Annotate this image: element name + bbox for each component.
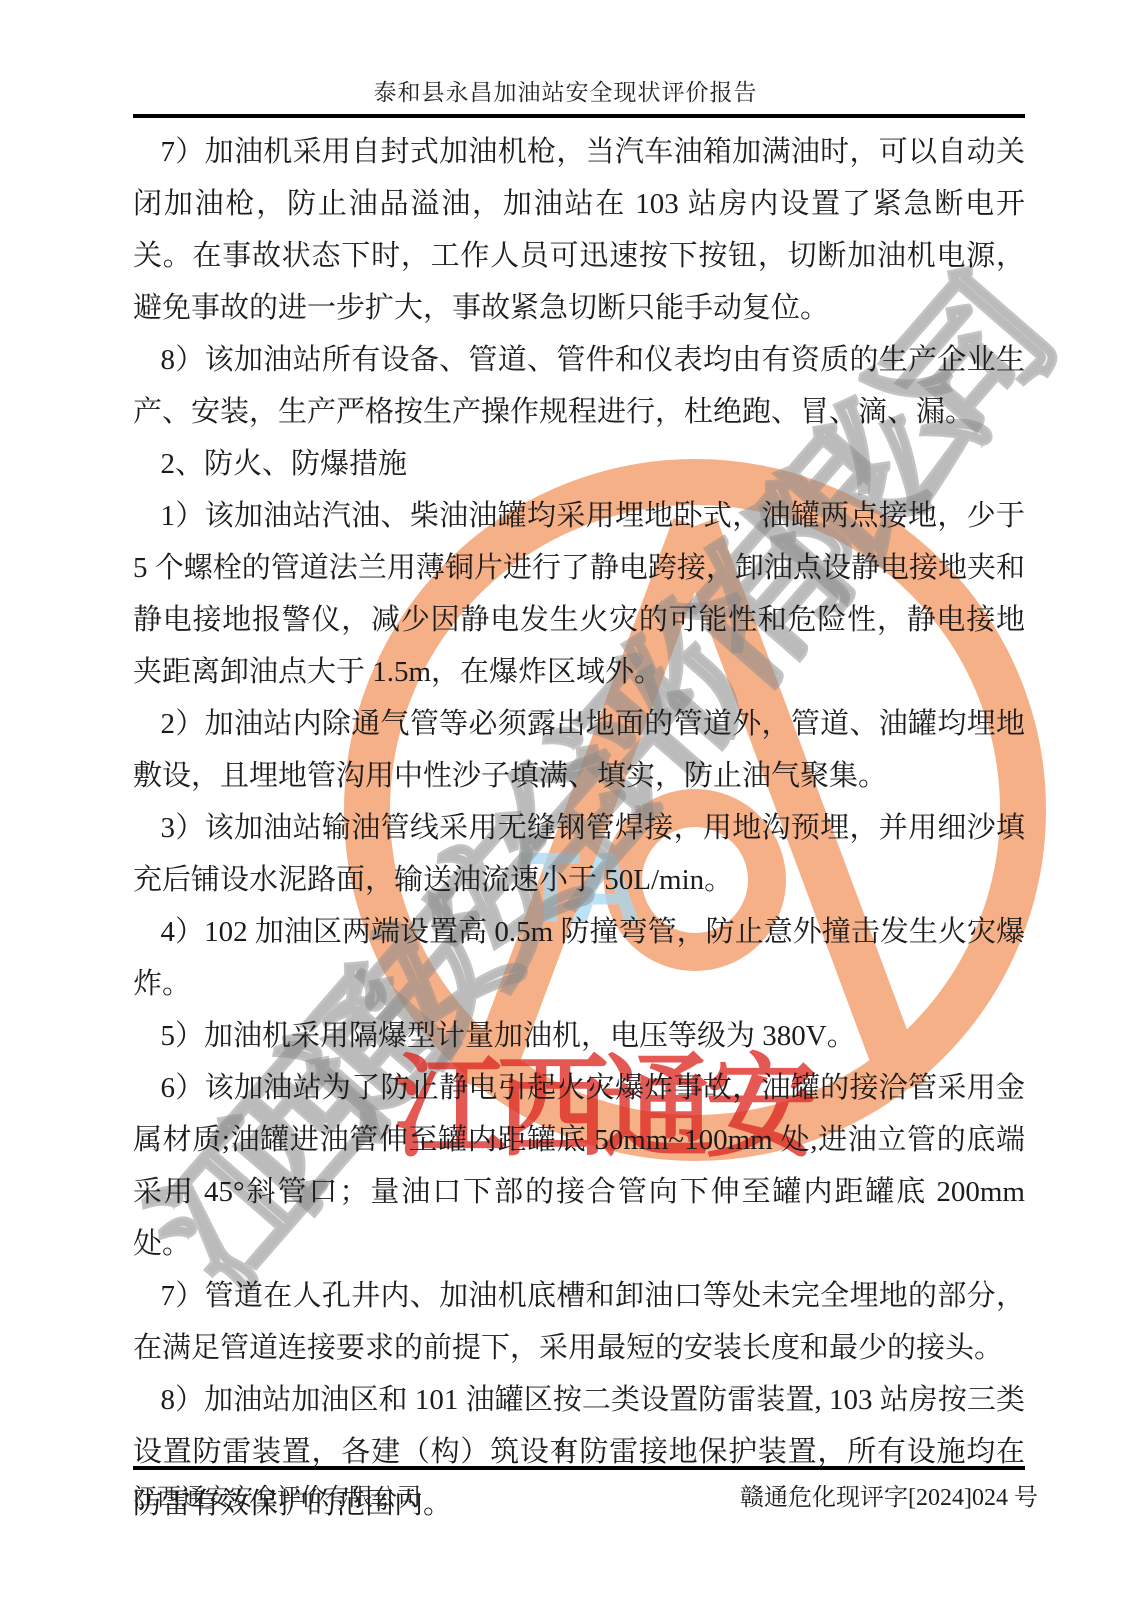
footer-doc-number: 赣通危化现评字[2024]024 号 (740, 1477, 1038, 1512)
body-paragraph: 7）加油机采用自封式加油机枪，当汽车油箱加满油时，可以自动关闭加油枪，防止油品溢… (133, 126, 1025, 334)
document-content: 泰和县永昌加油站安全现状评价报告 7）加油机采用自封式加油机枪，当汽车油箱加满油… (0, 0, 1131, 1600)
body-paragraphs: 7）加油机采用自封式加油机枪，当汽车油箱加满油时，可以自动关闭加油枪，防止油品溢… (133, 126, 1025, 1530)
body-paragraph: 5）加油机采用隔爆型计量加油机，电压等级为 380V。 (133, 1010, 1025, 1062)
body-paragraph: 2、防火、防爆措施 (133, 438, 1025, 490)
page-header-title: 泰和县永昌加油站安全现状评价报告 (0, 74, 1131, 107)
body-paragraph: 4）102 加油区两端设置高 0.5m 防撞弯管，防止意外撞击发生火灾爆炸。 (133, 906, 1025, 1010)
body-paragraph: 2）加油站内除通气管等必须露出地面的管道外，管道、油罐均埋地敷设，且埋地管沟用中… (133, 698, 1025, 802)
body-paragraph: 1）该加油站汽油、柴油油罐均采用埋地卧式，油罐两点接地，少于 5 个螺栓的管道法… (133, 490, 1025, 698)
body-paragraph: 8）该加油站所有设备、管道、管件和仪表均由有资质的生产企业生产、安装，生产严格按… (133, 334, 1025, 438)
report-page: TA 江西通安安全评价有限公司 江西通安 泰和县永昌加油站安全现状评价报告 7）… (0, 0, 1131, 1600)
header-rule (133, 114, 1025, 118)
footer-company: 江西通安安全评价有限公司 (133, 1477, 421, 1512)
body-paragraph: 3）该加油站输油管线采用无缝钢管焊接，用地沟预埋，并用细沙填充后铺设水泥路面，输… (133, 802, 1025, 906)
page-number: 31 (0, 1436, 1131, 1462)
body-paragraph: 7）管道在人孔井内、加油机底槽和卸油口等处未完全埋地的部分，在满足管道连接要求的… (133, 1270, 1025, 1374)
footer-row: 江西通安安全评价有限公司 赣通危化现评字[2024]024 号 (133, 1477, 1038, 1512)
footer-rule (133, 1466, 1025, 1470)
body-paragraph: 6）该加油站为了防止静电引起火灾爆炸事故，油罐的接洽管采用金属材质;油罐进油管伸… (133, 1062, 1025, 1270)
